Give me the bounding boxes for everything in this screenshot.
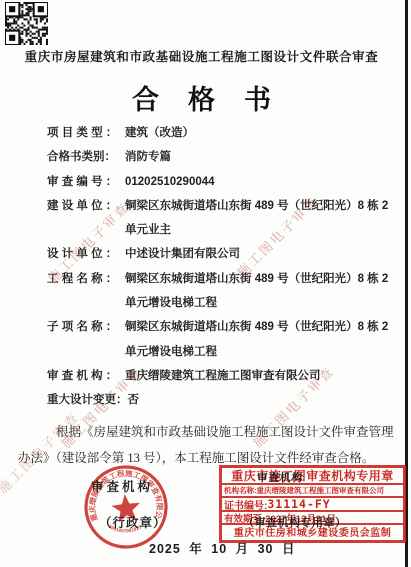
field-row-review-agency: 审 查 机 构 ： 重庆缙陵建筑工程施工图审查有限公司	[47, 364, 403, 388]
review-agency-label: 审查机构	[91, 477, 153, 495]
field-row-review-number: 审 查 编 号 ： 01202510290044	[47, 170, 403, 194]
field-value: 重庆缙陵建筑工程施工图审查有限公司	[125, 364, 397, 388]
stamp-org-value: 重庆缙陵建筑工程施工图审查有限公司	[257, 485, 385, 496]
field-label: 审 查 编 号 ：	[47, 170, 125, 194]
field-row-certificate-category: 合格书类别： 消防专篇	[47, 145, 403, 169]
field-row-subitem-name: 子 项 名 称 ： 铜梁区东城街道塔山东街 489 号（世纪阳光）8 栋 2 单…	[47, 315, 403, 364]
administrative-seal-label: （行政章）	[99, 513, 167, 531]
qr-code	[5, 2, 48, 45]
field-value: 01202510290044	[125, 170, 397, 194]
field-label: 合格书类别：	[47, 145, 125, 169]
field-value: 消防专篇	[125, 145, 397, 169]
field-row-design-unit: 设 计 单 位 ： 中述设计集团有限公司	[47, 242, 403, 266]
field-label: 项 目 类 型 ：	[47, 121, 125, 145]
field-row-project-name: 工 程 名 称 ： 铜梁区东城街道塔山东街 489 号（世纪阳光）8 栋 2 单…	[47, 267, 403, 316]
field-label: 子 项 名 称 ：	[47, 315, 125, 339]
field-value: 铜梁区东城街道塔山东街 489 号（世纪阳光）8 栋 2 单元增设电梯工程	[125, 267, 397, 316]
stamp-cert-number: 31114-FY	[267, 497, 330, 511]
document-header-title: 重庆市房屋建筑和市政基础设施工程施工图设计文件联合审查	[0, 47, 403, 65]
field-row-project-type: 项 目 类 型 ： 建筑（改造）	[47, 121, 403, 145]
page-title: 合格书	[0, 78, 403, 117]
field-list: 项 目 类 型 ： 建筑（改造） 合格书类别： 消防专篇 审 查 编 号 ： 0…	[47, 121, 403, 413]
certificate-page: 施工图电子审查 施工图电子审查 施工图电子审查 施工图电子审查 施工图电子审查 …	[0, 0, 411, 567]
field-value: 铜梁区东城街道塔山东街 489 号（世纪阳光）8 栋 2 单元增设电梯工程	[125, 315, 397, 364]
stamp-cert-label: 证书编号:	[224, 497, 267, 512]
field-value: 建筑（改造）	[125, 121, 397, 145]
special-seal-overlay-text: （审查机构专用章）	[243, 514, 347, 530]
field-value: 否	[128, 388, 400, 412]
review-agency-overlay-text: 审查机构	[257, 470, 303, 485]
stamp-title: 重庆市施工图审查机构专用章	[222, 468, 403, 485]
review-agency-certificate-stamp: 重庆市施工图审查机构专用章 机构名称:重庆缙陵建筑工程施工图审查有限公司 证书编…	[219, 465, 406, 543]
stamp-org-label: 机构名称:	[224, 485, 257, 496]
field-value: 铜梁区东城街道塔山东街 489 号（世纪阳光）8 栋 2 单元业主	[125, 194, 397, 243]
round-official-stamp: 重庆缙陵建筑工程施工图审查有限公司 5001087001023	[78, 459, 175, 556]
